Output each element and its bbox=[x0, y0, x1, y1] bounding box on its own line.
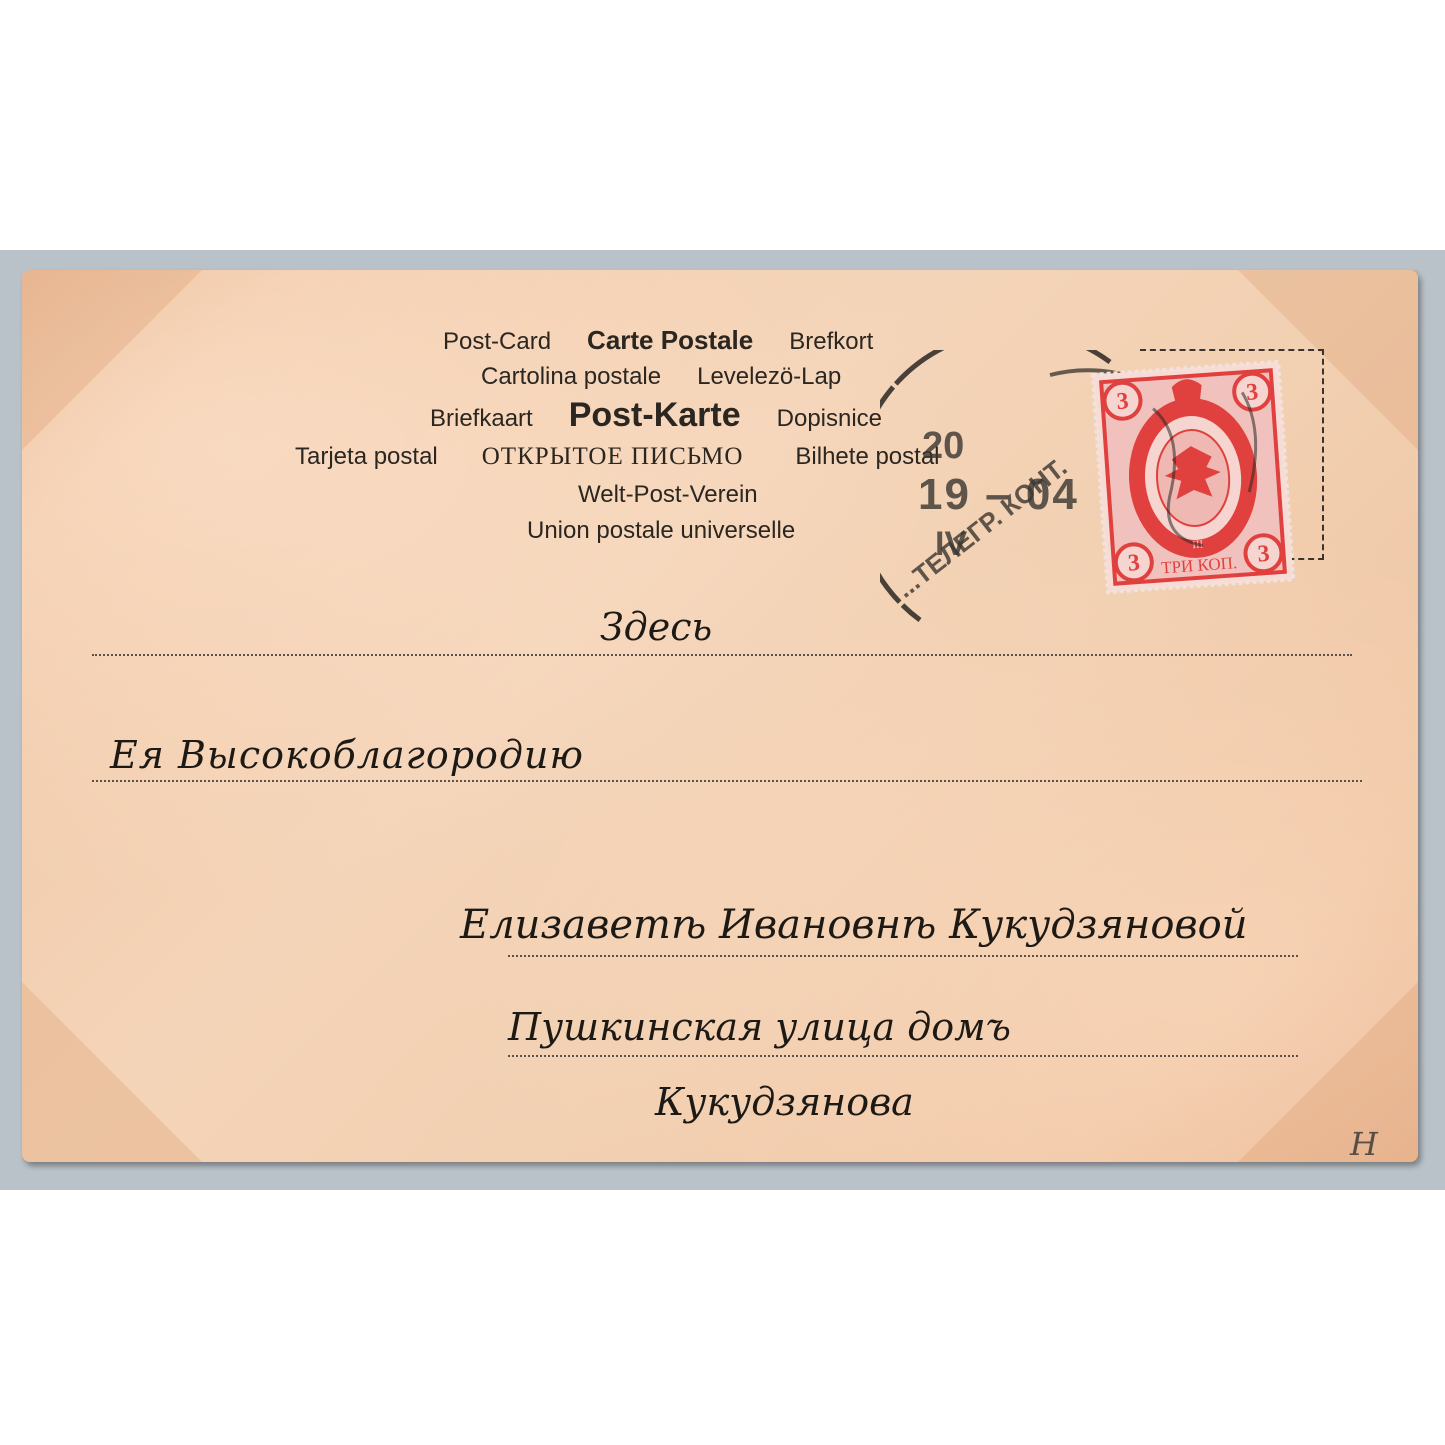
header-row-2: Cartolina postaleLevelezö-Lap bbox=[481, 363, 841, 391]
handwritten-honorific: Ея Высокоблагородию bbox=[110, 733, 584, 777]
header-title: Post-Karte bbox=[569, 396, 741, 435]
postage-stamp: 3 3 3 3 III ТРИ КОП. bbox=[1090, 360, 1295, 595]
pencil-corner-mark: H bbox=[1350, 1125, 1378, 1163]
header-row-6: Union postale universelle bbox=[527, 517, 795, 545]
header-text: Dopisnice bbox=[777, 405, 882, 433]
header-text-bold: Carte Postale bbox=[587, 325, 753, 356]
address-line bbox=[508, 955, 1298, 957]
header-row-4: Tarjeta postalОТКРЫТОЕ ПИСЬМОBilhete pos… bbox=[295, 443, 940, 471]
postmark-day: 20 bbox=[922, 425, 964, 468]
header-row-3: BriefkaartPost-KarteDopisnice bbox=[430, 396, 882, 435]
handwritten-street: Пушкинская улица домъ bbox=[508, 1005, 1011, 1049]
corner-mount-shadow bbox=[22, 982, 202, 1162]
header-text: Bilhete postal bbox=[795, 443, 939, 471]
stamp-numeral: 3 bbox=[1127, 550, 1141, 577]
address-line bbox=[508, 1055, 1298, 1057]
handwritten-house-owner: Кукудзянова bbox=[655, 1080, 914, 1124]
corner-mount-shadow bbox=[22, 270, 202, 450]
header-text: Post-Card bbox=[443, 328, 551, 356]
address-line bbox=[92, 654, 1352, 656]
handwritten-destination: Здесь bbox=[600, 605, 712, 649]
header-row-5: Welt-Post-Verein bbox=[578, 481, 758, 509]
handwritten-recipient-name: Елизаветѣ Ивановнѣ Кукудзяновой bbox=[460, 902, 1248, 948]
header-text-cyrillic: ОТКРЫТОЕ ПИСЬМО bbox=[482, 443, 744, 471]
corner-mount-shadow bbox=[1238, 982, 1418, 1162]
header-text: Levelezö-Lap bbox=[697, 363, 841, 391]
header-text: Welt-Post-Verein bbox=[578, 481, 758, 509]
header-text: Briefkaart bbox=[430, 405, 533, 433]
header-text: Cartolina postale bbox=[481, 363, 661, 391]
header-text: Brefkort bbox=[789, 328, 873, 356]
stamp-numeral: 3 bbox=[1257, 541, 1271, 568]
stamp-numeral: 3 bbox=[1116, 388, 1130, 415]
header-text: Tarjeta postal bbox=[295, 443, 438, 471]
header-row-1: Post-CardCarte PostaleBrefkort bbox=[443, 325, 873, 356]
header-text: Union postale universelle bbox=[527, 517, 795, 545]
address-line bbox=[92, 780, 1362, 782]
